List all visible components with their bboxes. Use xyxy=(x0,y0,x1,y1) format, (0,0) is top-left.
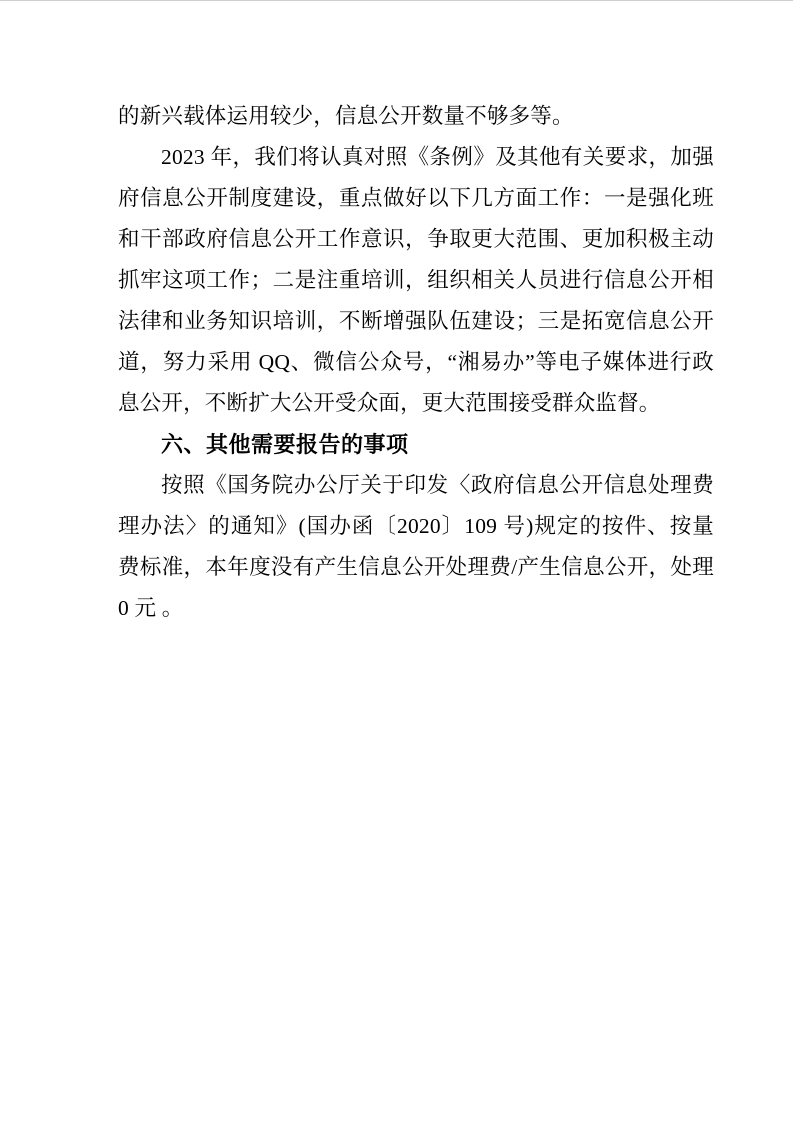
paragraph-line: 息公开，不断扩大公开受众面，更大范围接受群众监督。 xyxy=(118,383,714,424)
paragraph-line: 法律和业务知识培训，不断增强队伍建设；三是拓宽信息公开渠 xyxy=(118,301,714,342)
paragraph-processing-fees: 按照《国务院办公厅关于印发〈政府信息公开信息处理费管 理办法〉的通知》(国办函〔… xyxy=(118,465,714,629)
paragraph-2023-plan: 2023 年，我们将认真对照《条例》及其他有关要求，加强政 府信息公开制度建设，… xyxy=(118,137,714,424)
paragraph-line: 道，努力采用 QQ、微信公众号，“湘易办”等电子媒体进行政府信 xyxy=(118,342,714,383)
document-page: 的新兴载体运用较少，信息公开数量不够多等。 2023 年，我们将认真对照《条例》… xyxy=(0,0,793,1122)
paragraph-line: 抓牢这项工作；二是注重培训，组织相关人员进行信息公开相关 xyxy=(118,260,714,301)
document-content: 的新兴载体运用较少，信息公开数量不够多等。 2023 年，我们将认真对照《条例》… xyxy=(118,96,714,629)
section-heading-text: 六、其他需要报告的事项 xyxy=(118,424,714,465)
paragraph-line: 2023 年，我们将认真对照《条例》及其他有关要求，加强政 xyxy=(118,137,714,178)
paragraph-line: 的新兴载体运用较少，信息公开数量不够多等。 xyxy=(118,96,714,137)
paragraph-line: 费标准，本年度没有产生信息公开处理费/产生信息公开，处理费 xyxy=(118,547,714,588)
section-heading-other-items: 六、其他需要报告的事项 xyxy=(118,424,714,465)
paragraph-line: 理办法〉的通知》(国办函〔2020〕109 号)规定的按件、按量收 xyxy=(118,506,714,547)
paragraph-line: 0 元 。 xyxy=(118,588,714,629)
paragraph-line: 和干部政府信息公开工作意识，争取更大范围、更加积极主动的 xyxy=(118,219,714,260)
paragraph-line: 府信息公开制度建设，重点做好以下几方面工作：一是强化班子 xyxy=(118,178,714,219)
paragraph-continuation: 的新兴载体运用较少，信息公开数量不够多等。 xyxy=(118,96,714,137)
paragraph-line: 按照《国务院办公厅关于印发〈政府信息公开信息处理费管 xyxy=(118,465,714,506)
